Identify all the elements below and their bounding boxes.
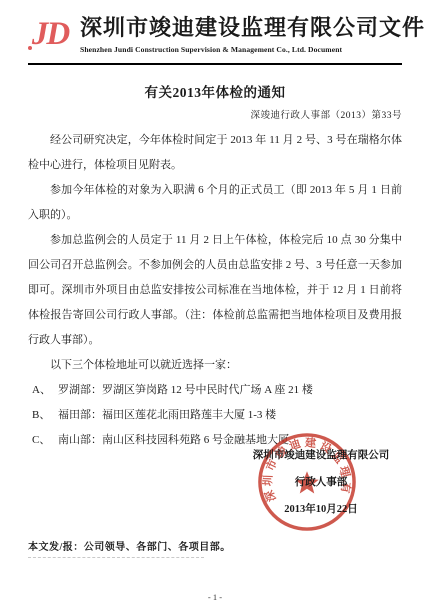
body-paragraph: 以下三个体检地址可以就近选择一家： xyxy=(28,353,402,378)
document-ref-number: 深竣迪行政人事部（2013）第33号 xyxy=(28,107,402,121)
signature-company: 深圳市竣迪建设监理有限公司 xyxy=(238,449,404,463)
company-name-en: Shenzhen Jundi Construction Supervision … xyxy=(80,45,425,54)
company-name-cn: 深圳市竣迪建设监理有限公司文件 xyxy=(80,14,425,42)
logo-dot-icon xyxy=(28,46,32,50)
location-item: B、 福田部：福田区莲花北雨田路莲丰大厦 1-3 楼 xyxy=(28,403,402,428)
body-paragraph: 参加总监例会的人员定于 11 月 2 日上午体检，体检完后 10 点 30 分集… xyxy=(28,228,402,353)
letterhead-rule xyxy=(28,63,402,65)
location-item: A、 罗湖部：罗湖区笋岗路 12 号中民时代广场 A 座 21 楼 xyxy=(28,378,402,403)
tear-line xyxy=(28,557,204,558)
location-text: 福田部：福田区莲花北雨田路莲丰大厦 1-3 楼 xyxy=(58,403,402,428)
document-page: JD 深圳市竣迪建设监理有限公司文件 Shenzhen Jundi Constr… xyxy=(0,0,430,615)
page-number: - 1 - xyxy=(0,592,430,602)
location-label: C、 xyxy=(28,428,58,453)
body-paragraph: 参加今年体检的对象为入职满 6 个月的正式员工（即 2013 年 5 月 1 日… xyxy=(28,178,402,228)
letterhead-titles: 深圳市竣迪建设监理有限公司文件 Shenzhen Jundi Construct… xyxy=(80,14,425,54)
document-title: 有关2013年体检的通知 xyxy=(28,81,402,101)
logo-mark-icon: JD xyxy=(28,14,72,54)
distribution-note: 本文发/报：公司领导、各部门、各项目部。 xyxy=(28,538,231,553)
body-paragraph: 经公司研究决定，今年体检时间定于 2013 年 11 月 2 号、3 号在瑞格尔… xyxy=(28,128,402,178)
location-label: A、 xyxy=(28,378,58,403)
signature-department: 行政人事部 xyxy=(238,476,404,490)
letterhead: JD 深圳市竣迪建设监理有限公司文件 Shenzhen Jundi Constr… xyxy=(28,14,402,56)
signature-block: 深圳市竣迪建设监理有限公司 行政人事部 2013年10月22日 xyxy=(238,449,404,530)
company-logo: JD xyxy=(28,14,72,56)
location-label: B、 xyxy=(28,403,58,428)
signature-date: 2013年10月22日 xyxy=(238,503,404,517)
document-body: 经公司研究决定，今年体检时间定于 2013 年 11 月 2 号、3 号在瑞格尔… xyxy=(28,128,402,453)
location-text: 罗湖部：罗湖区笋岗路 12 号中民时代广场 A 座 21 楼 xyxy=(58,378,402,403)
